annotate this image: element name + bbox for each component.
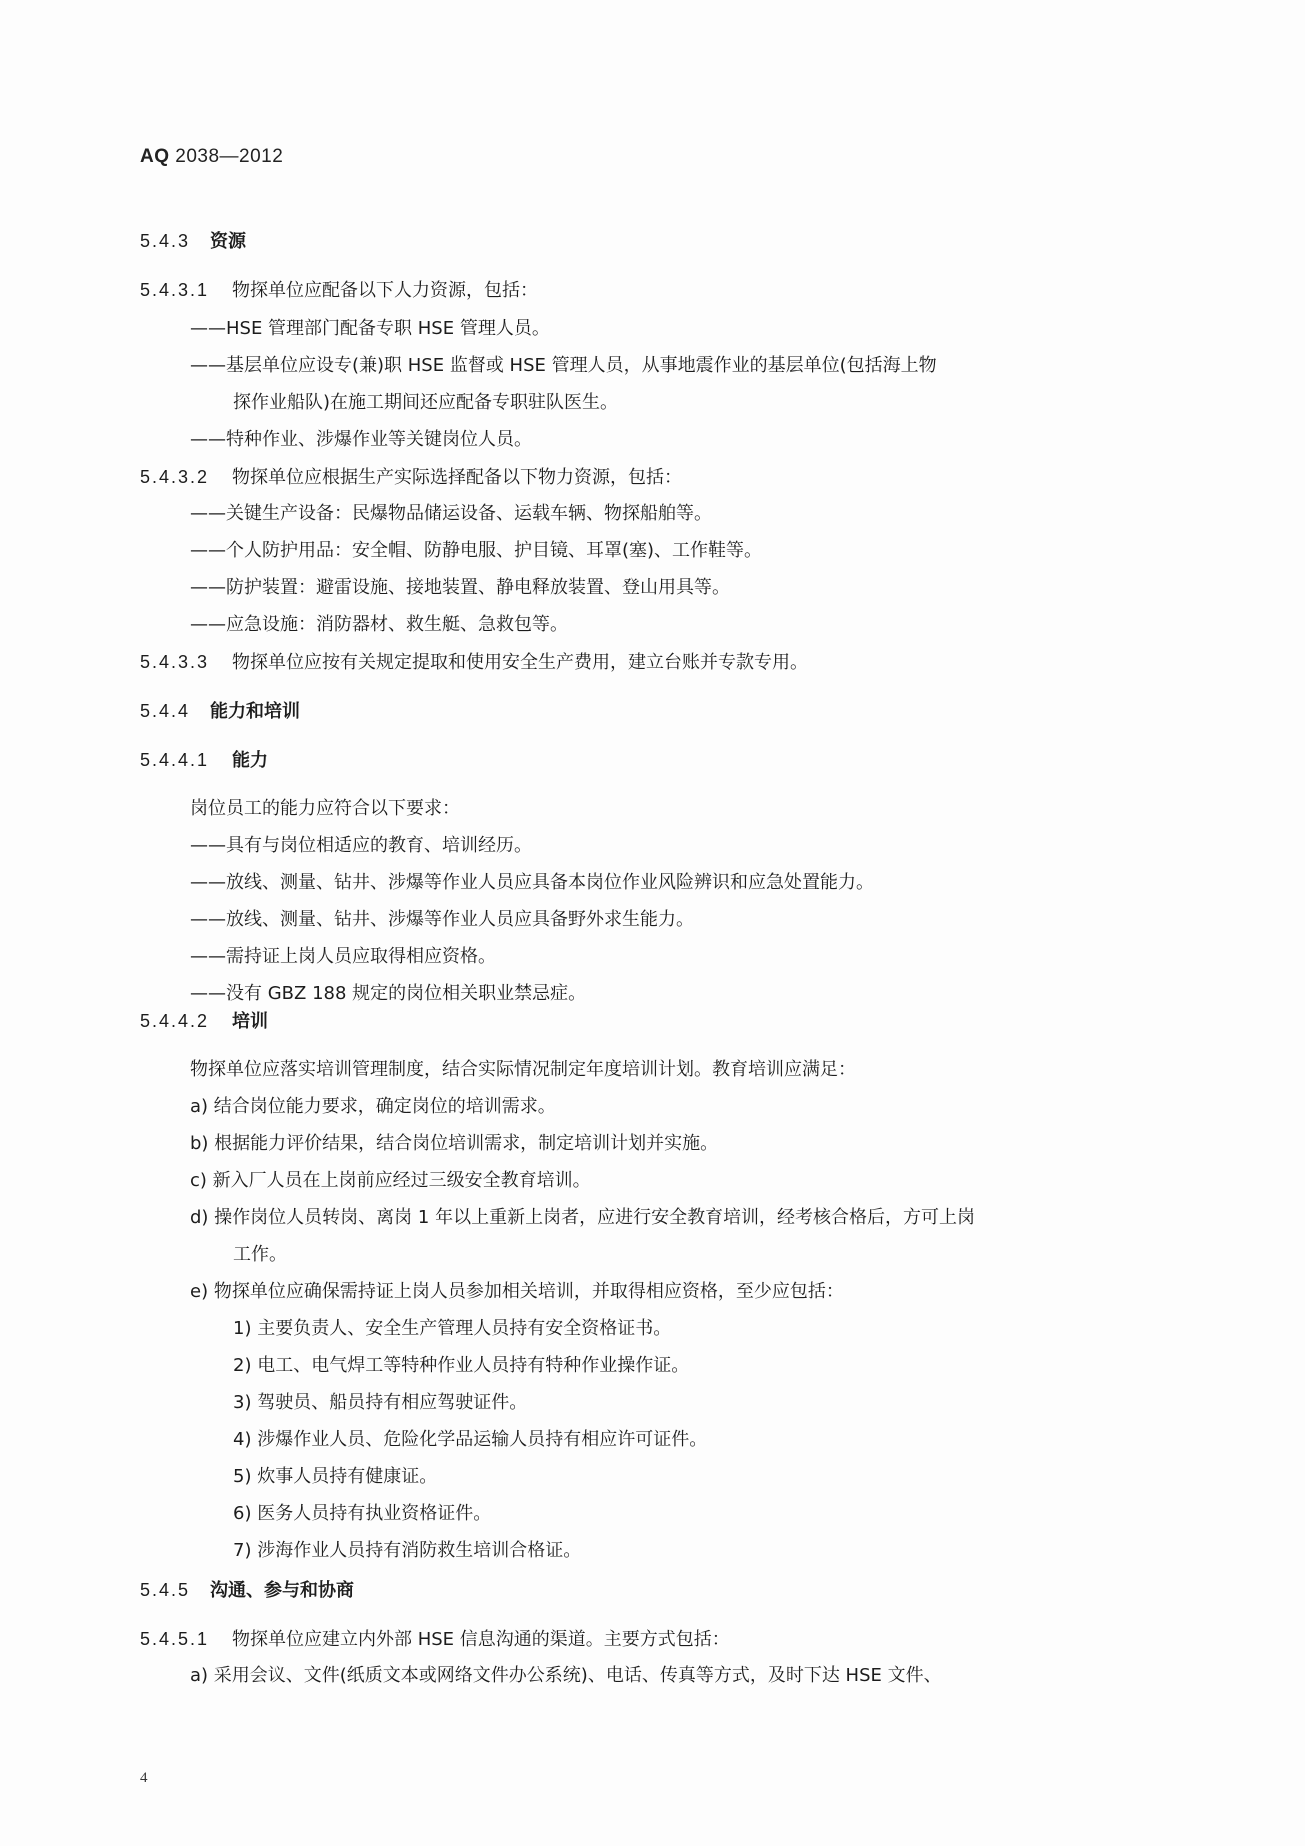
paragraph-line: 2) 电工、电气焊工等特种作业人员持有特种作业操作证。 bbox=[233, 1355, 689, 1377]
line-text: 能力和培训 bbox=[210, 701, 300, 722]
line-text: ——特种作业、涉爆作业等关键岗位人员。 bbox=[190, 429, 532, 450]
line-text: ——放线、测量、钻井、涉爆等作业人员应具备野外求生能力。 bbox=[190, 909, 694, 930]
line-text: 4) 涉爆作业人员、危险化学品运输人员持有相应许可证件。 bbox=[233, 1429, 707, 1450]
clause-number: 5.4.4.2 bbox=[140, 1010, 232, 1032]
section-heading: 5.4.4.1能力 bbox=[140, 749, 268, 772]
paragraph-line: ——没有 GBZ 188 规定的岗位相关职业禁忌症。 bbox=[190, 983, 586, 1005]
line-text: ——没有 GBZ 188 规定的岗位相关职业禁忌症。 bbox=[190, 983, 586, 1004]
standard-prefix: AQ bbox=[140, 146, 170, 167]
paragraph-line: ——放线、测量、钻井、涉爆等作业人员应具备野外求生能力。 bbox=[190, 909, 694, 931]
line-text: ——具有与岗位相适应的教育、培训经历。 bbox=[190, 835, 532, 856]
paragraph-line: e) 物探单位应确保需持证上岗人员参加相关培训，并取得相应资格，至少应包括： bbox=[190, 1281, 844, 1303]
paragraph-line: a) 采用会议、文件(纸质文本或网络文件办公系统)、电话、传真等方式，及时下达 … bbox=[190, 1665, 942, 1687]
paragraph-line: 3) 驾驶员、船员持有相应驾驶证件。 bbox=[233, 1392, 527, 1414]
paragraph-line: ——关键生产设备：民爆物品储运设备、运载车辆、物探船舶等。 bbox=[190, 503, 712, 525]
line-text: 工作。 bbox=[233, 1244, 287, 1265]
paragraph-line: ——需持证上岗人员应取得相应资格。 bbox=[190, 946, 496, 968]
paragraph-line: 4) 涉爆作业人员、危险化学品运输人员持有相应许可证件。 bbox=[233, 1429, 707, 1451]
line-text: ——关键生产设备：民爆物品储运设备、运载车辆、物探船舶等。 bbox=[190, 503, 712, 524]
paragraph-line: 6) 医务人员持有执业资格证件。 bbox=[233, 1503, 491, 1525]
paragraph-line: 物探单位应落实培训管理制度，结合实际情况制定年度培训计划。教育培训应满足： bbox=[190, 1059, 856, 1081]
paragraph-line: c) 新入厂人员在上岗前应经过三级安全教育培训。 bbox=[190, 1170, 591, 1192]
line-text: 培训 bbox=[232, 1011, 268, 1032]
line-text: ——个人防护用品：安全帽、防静电服、护目镜、耳罩(塞)、工作鞋等。 bbox=[190, 540, 762, 561]
paragraph-line: 工作。 bbox=[233, 1244, 287, 1266]
paragraph-line: 岗位员工的能力应符合以下要求： bbox=[190, 798, 460, 820]
section-heading: 5.4.3资源 bbox=[140, 230, 246, 253]
line-text: ——放线、测量、钻井、涉爆等作业人员应具备本岗位作业风险辨识和应急处置能力。 bbox=[190, 872, 874, 893]
line-text: 7) 涉海作业人员持有消防救生培训合格证。 bbox=[233, 1540, 581, 1561]
section-heading: 5.4.4.2培训 bbox=[140, 1010, 268, 1033]
clause-number: 5.4.3.1 bbox=[140, 279, 232, 301]
paragraph-line: ——HSE 管理部门配备专职 HSE 管理人员。 bbox=[190, 318, 550, 340]
line-text: 能力 bbox=[232, 750, 268, 771]
line-text: 物探单位应按有关规定提取和使用安全生产费用，建立台账并专款专用。 bbox=[232, 652, 808, 673]
clause: 5.4.3.2物探单位应根据生产实际选择配备以下物力资源，包括： bbox=[140, 466, 682, 489]
paragraph-line: 1) 主要负责人、安全生产管理人员持有安全资格证书。 bbox=[233, 1318, 671, 1340]
line-text: ——HSE 管理部门配备专职 HSE 管理人员。 bbox=[190, 318, 550, 339]
line-text: 6) 医务人员持有执业资格证件。 bbox=[233, 1503, 491, 1524]
paragraph-line: b) 根据能力评价结果，结合岗位培训需求，制定培训计划并实施。 bbox=[190, 1133, 718, 1155]
line-text: 5) 炊事人员持有健康证。 bbox=[233, 1466, 437, 1487]
line-text: 物探单位应配备以下人力资源，包括： bbox=[232, 280, 538, 301]
paragraph-line: a) 结合岗位能力要求，确定岗位的培训需求。 bbox=[190, 1096, 556, 1118]
section-heading: 5.4.5沟通、参与和协商 bbox=[140, 1579, 354, 1602]
line-text: a) 采用会议、文件(纸质文本或网络文件办公系统)、电话、传真等方式，及时下达 … bbox=[190, 1665, 942, 1686]
clause-number: 5.4.3 bbox=[140, 230, 210, 252]
line-text: 1) 主要负责人、安全生产管理人员持有安全资格证书。 bbox=[233, 1318, 671, 1339]
clause-number: 5.4.5 bbox=[140, 1579, 210, 1601]
line-text: ——防护装置：避雷设施、接地装置、静电释放装置、登山用具等。 bbox=[190, 577, 730, 598]
paragraph-line: ——个人防护用品：安全帽、防静电服、护目镜、耳罩(塞)、工作鞋等。 bbox=[190, 540, 762, 562]
paragraph-line: ——具有与岗位相适应的教育、培训经历。 bbox=[190, 835, 532, 857]
paragraph-line: 探作业船队)在施工期间还应配备专职驻队医生。 bbox=[233, 392, 618, 414]
clause-number: 5.4.3.2 bbox=[140, 466, 232, 488]
line-text: 物探单位应根据生产实际选择配备以下物力资源，包括： bbox=[232, 467, 682, 488]
line-text: 物探单位应落实培训管理制度，结合实际情况制定年度培训计划。教育培训应满足： bbox=[190, 1059, 856, 1080]
line-text: 岗位员工的能力应符合以下要求： bbox=[190, 798, 460, 819]
paragraph-line: ——防护装置：避雷设施、接地装置、静电释放装置、登山用具等。 bbox=[190, 577, 730, 599]
paragraph-line: ——应急设施：消防器材、救生艇、急救包等。 bbox=[190, 614, 568, 636]
line-text: c) 新入厂人员在上岗前应经过三级安全教育培训。 bbox=[190, 1170, 591, 1191]
paragraph-line: ——基层单位应设专(兼)职 HSE 监督或 HSE 管理人员，从事地震作业的基层… bbox=[190, 355, 937, 377]
page-number: 4 bbox=[140, 1770, 148, 1787]
clause-number: 5.4.3.3 bbox=[140, 651, 232, 673]
line-text: ——应急设施：消防器材、救生艇、急救包等。 bbox=[190, 614, 568, 635]
clause-number: 5.4.4.1 bbox=[140, 749, 232, 771]
line-text: 资源 bbox=[210, 231, 246, 252]
clause: 5.4.3.3物探单位应按有关规定提取和使用安全生产费用，建立台账并专款专用。 bbox=[140, 651, 808, 674]
line-text: 2) 电工、电气焊工等特种作业人员持有特种作业操作证。 bbox=[233, 1355, 689, 1376]
line-text: 物探单位应建立内外部 HSE 信息沟通的渠道。主要方式包括： bbox=[232, 1629, 730, 1650]
clause: 5.4.5.1物探单位应建立内外部 HSE 信息沟通的渠道。主要方式包括： bbox=[140, 1628, 730, 1651]
standard-number: 2038—2012 bbox=[175, 146, 283, 167]
paragraph-line: ——放线、测量、钻井、涉爆等作业人员应具备本岗位作业风险辨识和应急处置能力。 bbox=[190, 872, 874, 894]
line-text: a) 结合岗位能力要求，确定岗位的培训需求。 bbox=[190, 1096, 556, 1117]
paragraph-line: ——特种作业、涉爆作业等关键岗位人员。 bbox=[190, 429, 532, 451]
line-text: 探作业船队)在施工期间还应配备专职驻队医生。 bbox=[233, 392, 618, 413]
line-text: d) 操作岗位人员转岗、离岗 1 年以上重新上岗者，应进行安全教育培训，经考核合… bbox=[190, 1207, 975, 1228]
line-text: b) 根据能力评价结果，结合岗位培训需求，制定培训计划并实施。 bbox=[190, 1133, 718, 1154]
line-text: 3) 驾驶员、船员持有相应驾驶证件。 bbox=[233, 1392, 527, 1413]
paragraph-line: 5) 炊事人员持有健康证。 bbox=[233, 1466, 437, 1488]
line-text: ——基层单位应设专(兼)职 HSE 监督或 HSE 管理人员，从事地震作业的基层… bbox=[190, 355, 937, 376]
clause-number: 5.4.4 bbox=[140, 700, 210, 722]
clause-number: 5.4.5.1 bbox=[140, 1628, 232, 1650]
standard-code-header: AQ 2038—2012 bbox=[140, 146, 283, 168]
line-text: 沟通、参与和协商 bbox=[210, 1580, 354, 1601]
line-text: ——需持证上岗人员应取得相应资格。 bbox=[190, 946, 496, 967]
line-text: e) 物探单位应确保需持证上岗人员参加相关培训，并取得相应资格，至少应包括： bbox=[190, 1281, 844, 1302]
document-page: AQ 2038—2012 5.4.3资源5.4.3.1物探单位应配备以下人力资源… bbox=[0, 0, 1305, 1846]
clause: 5.4.3.1物探单位应配备以下人力资源，包括： bbox=[140, 279, 538, 302]
paragraph-line: d) 操作岗位人员转岗、离岗 1 年以上重新上岗者，应进行安全教育培训，经考核合… bbox=[190, 1207, 975, 1229]
section-heading: 5.4.4能力和培训 bbox=[140, 700, 300, 723]
paragraph-line: 7) 涉海作业人员持有消防救生培训合格证。 bbox=[233, 1540, 581, 1562]
